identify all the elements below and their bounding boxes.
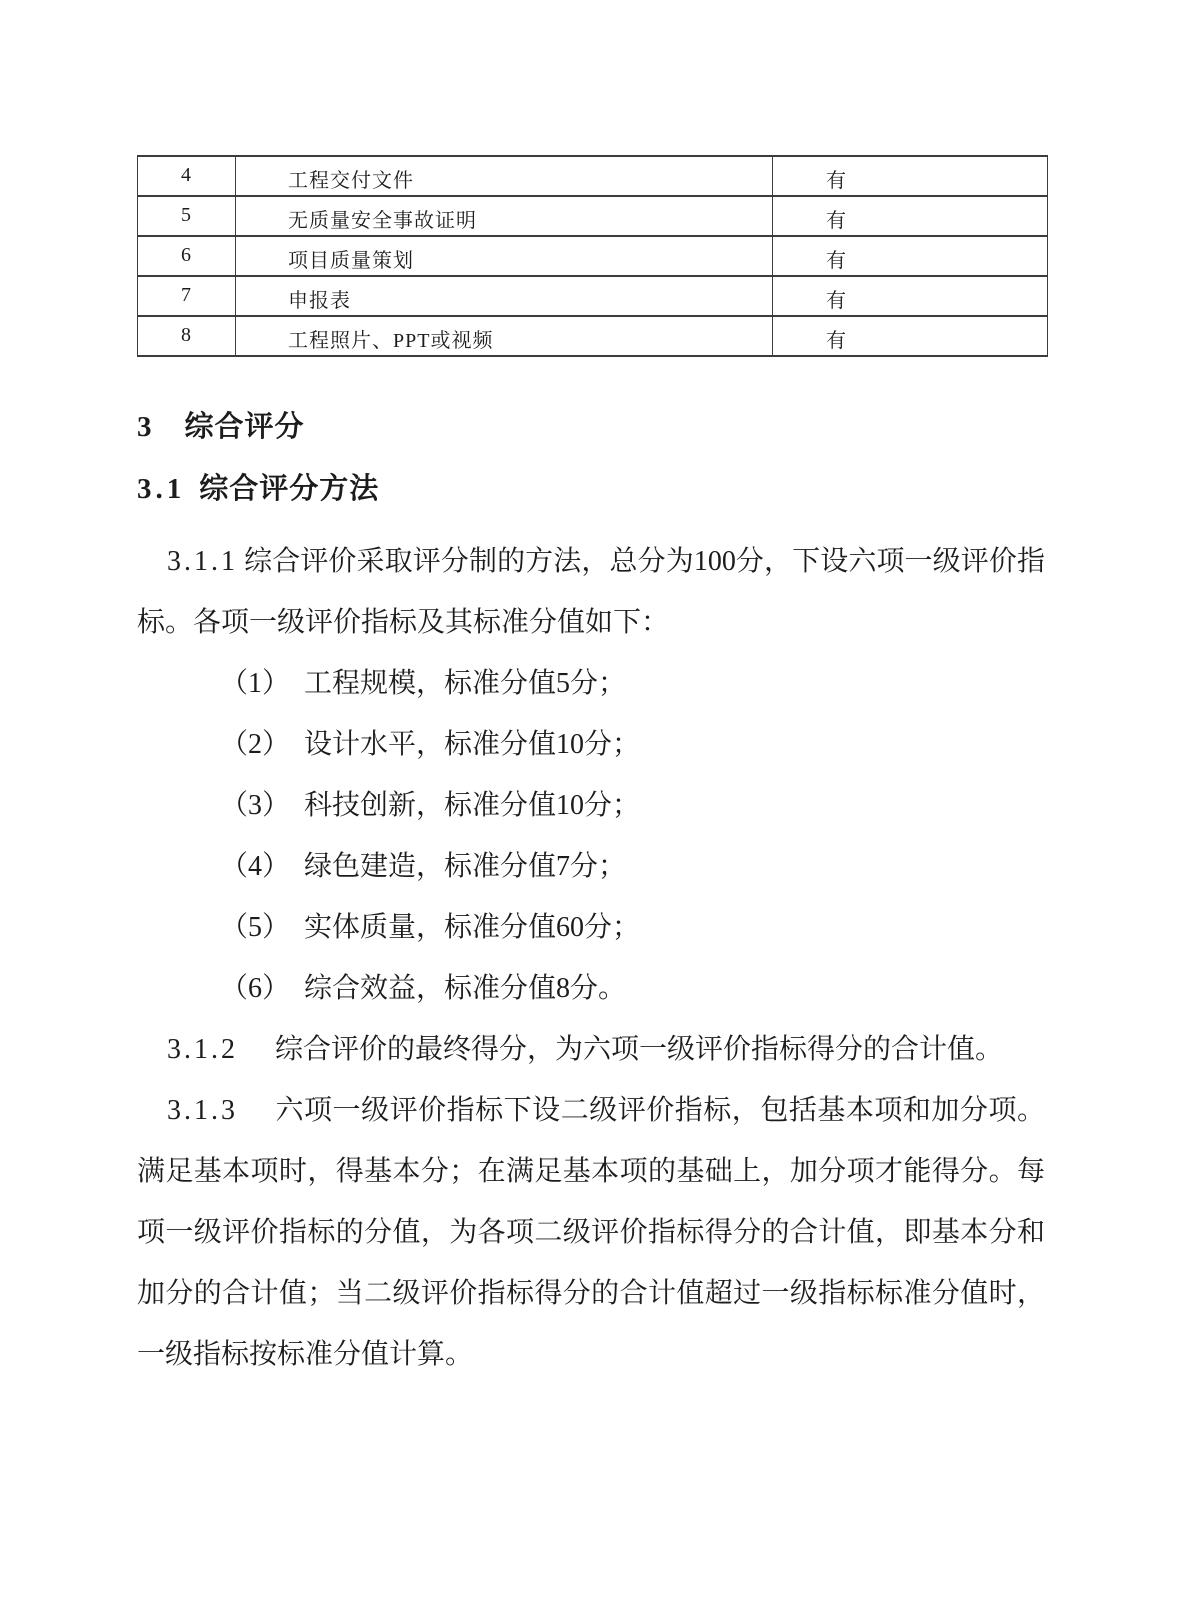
section-title: 综合评分 bbox=[185, 411, 305, 443]
table-row: 8 工程照片、PPT或视频 有 bbox=[138, 316, 1048, 356]
subsection-heading: 3.1综合评分方法 bbox=[137, 471, 1045, 507]
body-text: 3.1.1综合评价采取评分制的方法，总分为100分，下设六项一级评价指标。各项一… bbox=[137, 531, 1045, 1385]
list-item-text: 实体质量，标准分值60分； bbox=[304, 912, 640, 943]
table-row: 7 申报表 有 bbox=[138, 276, 1048, 316]
document-page: 4 工程交付文件 有 5 无质量安全事故证明 有 6 项目质量策划 有 7 申报… bbox=[0, 0, 1179, 1600]
list-item: （6）综合效益，标准分值8分。 bbox=[137, 958, 1045, 1019]
status-cell: 有 bbox=[773, 316, 1048, 356]
paragraph-3-1-3: 3.1.3六项一级评价指标下设二级评价指标，包括基本项和加分项。满足基本项时，得… bbox=[137, 1080, 1045, 1385]
section-number: 3 bbox=[137, 411, 153, 443]
subsection-title: 综合评分方法 bbox=[199, 473, 379, 505]
paragraph-text: 综合评价采取评分制的方法，总分为100分，下设六项一级评价指标。各项一级评价指标… bbox=[137, 546, 1045, 638]
paragraph-number: 3.1.3 bbox=[167, 1095, 238, 1126]
list-item: （1）工程规模，标准分值5分； bbox=[137, 653, 1045, 714]
list-item-label: （5） bbox=[220, 912, 290, 943]
list-item-label: （3） bbox=[220, 790, 290, 821]
subsection-number: 3.1 bbox=[137, 473, 185, 505]
item-name-cell: 项目质量策划 bbox=[236, 236, 773, 276]
section-heading: 3综合评分 bbox=[137, 409, 1045, 445]
paragraph-3-1-1: 3.1.1综合评价采取评分制的方法，总分为100分，下设六项一级评价指标。各项一… bbox=[137, 531, 1045, 653]
table-row: 5 无质量安全事故证明 有 bbox=[138, 196, 1048, 236]
list-item-label: （4） bbox=[220, 851, 290, 882]
item-name-cell: 工程照片、PPT或视频 bbox=[236, 316, 773, 356]
list-item-label: （1） bbox=[220, 668, 290, 699]
list-item-text: 绿色建造，标准分值7分； bbox=[304, 851, 626, 882]
table-row: 6 项目质量策划 有 bbox=[138, 236, 1048, 276]
row-number-cell: 7 bbox=[138, 276, 236, 316]
paragraph-text: 六项一级评价指标下设二级评价指标，包括基本项和加分项。满足基本项时，得基本分；在… bbox=[137, 1095, 1045, 1370]
status-cell: 有 bbox=[773, 196, 1048, 236]
list-item: （5）实体质量，标准分值60分； bbox=[137, 897, 1045, 958]
status-cell: 有 bbox=[773, 156, 1048, 196]
item-name-cell: 无质量安全事故证明 bbox=[236, 196, 773, 236]
list-item-text: 设计水平，标准分值10分； bbox=[304, 729, 640, 760]
row-number-cell: 4 bbox=[138, 156, 236, 196]
list-item-text: 综合效益，标准分值8分。 bbox=[304, 973, 626, 1004]
status-cell: 有 bbox=[773, 276, 1048, 316]
list-item: （3）科技创新，标准分值10分； bbox=[137, 775, 1045, 836]
table-row: 4 工程交付文件 有 bbox=[138, 156, 1048, 196]
paragraph-text: 综合评价的最终得分，为六项一级评价指标得分的合计值。 bbox=[275, 1034, 1003, 1065]
list-item-text: 工程规模，标准分值5分； bbox=[304, 668, 626, 699]
status-cell: 有 bbox=[773, 236, 1048, 276]
list-item: （2）设计水平，标准分值10分； bbox=[137, 714, 1045, 775]
row-number-cell: 6 bbox=[138, 236, 236, 276]
paragraph-number: 3.1.1 bbox=[167, 546, 238, 577]
row-number-cell: 8 bbox=[138, 316, 236, 356]
item-name-cell: 申报表 bbox=[236, 276, 773, 316]
list-item-label: （6） bbox=[220, 973, 290, 1004]
list-item: （4）绿色建造，标准分值7分； bbox=[137, 836, 1045, 897]
row-number-cell: 5 bbox=[138, 196, 236, 236]
paragraph-number: 3.1.2 bbox=[167, 1034, 238, 1065]
list-item-text: 科技创新，标准分值10分； bbox=[304, 790, 640, 821]
item-name-cell: 工程交付文件 bbox=[236, 156, 773, 196]
paragraph-3-1-2: 3.1.2综合评价的最终得分，为六项一级评价指标得分的合计值。 bbox=[137, 1019, 1045, 1080]
materials-table: 4 工程交付文件 有 5 无质量安全事故证明 有 6 项目质量策划 有 7 申报… bbox=[137, 155, 1048, 357]
list-item-label: （2） bbox=[220, 729, 290, 760]
